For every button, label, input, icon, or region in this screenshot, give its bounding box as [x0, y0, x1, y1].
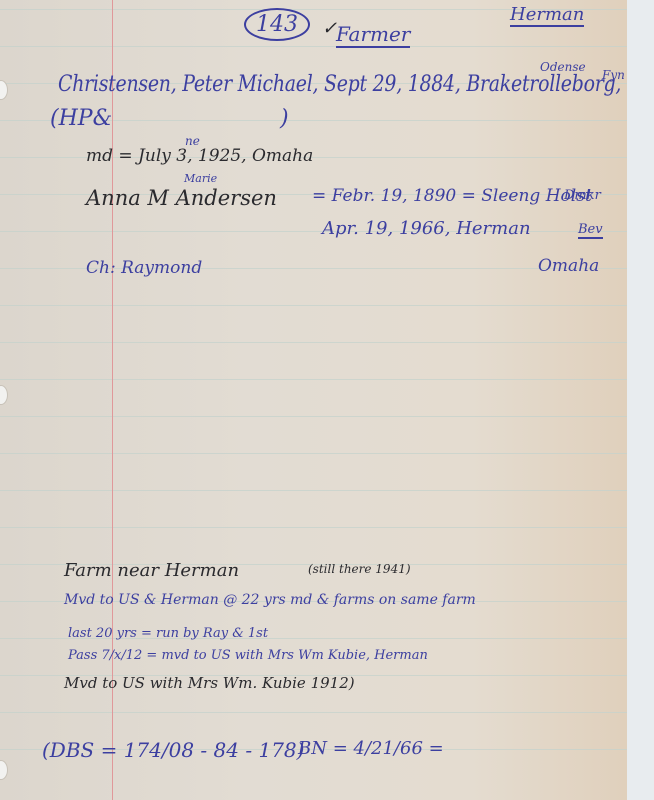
footer-reference: (DBS = 174/08 - 84 - 178) — [42, 738, 304, 762]
birthplace-annotation: Odense — [540, 60, 586, 74]
children: Ch: Raymond — [86, 258, 202, 278]
spouse-middle-annotation: Marie — [184, 172, 217, 185]
note-line-3: Pass 7/x/12 = mvd to US with Mrs Wm Kubi… — [68, 648, 428, 663]
note-line-4: Mvd to US with Mrs Wm. Kubie 1912) — [64, 674, 355, 692]
birthplace-suffix: Fyn — [602, 68, 625, 82]
occupation: Farmer — [336, 22, 410, 48]
spouse-name: Anna M Andersen — [86, 186, 277, 210]
hp-note-open: (HP& — [50, 106, 112, 131]
spouse-death: Apr. 19, 1966, Herman — [322, 218, 531, 239]
check-mark: ✓ — [322, 18, 337, 39]
spouse-death-note: Bev — [578, 222, 603, 239]
location-top: Herman — [510, 4, 584, 27]
note-line-1: Mvd to US & Herman @ 22 yrs md & farms o… — [64, 592, 476, 608]
name-line: Christensen, Peter Michael, Sept 29, 188… — [58, 72, 621, 97]
married-line: md = July 3, 1925, Omaha — [86, 146, 313, 166]
note-line-2: last 20 yrs = run by Ray & 1st — [68, 626, 268, 641]
page-number: 143 — [244, 8, 310, 41]
children-location: Omaha — [538, 256, 599, 276]
footer-bn: BN = 4/21/66 = — [298, 738, 444, 759]
farm-note: (still there 1941) — [308, 562, 411, 576]
spouse-birth-country: Dmkr — [564, 188, 601, 203]
married-annotation: ne — [185, 134, 200, 148]
ledger-page: 143 ✓ Farmer Herman Christensen, Peter M… — [0, 0, 627, 800]
farm-heading: Farm near Herman — [64, 560, 239, 581]
hp-note-close: ) — [280, 106, 289, 131]
spouse-birth: = Febr. 19, 1890 = Sleeng Holst — [312, 186, 592, 206]
